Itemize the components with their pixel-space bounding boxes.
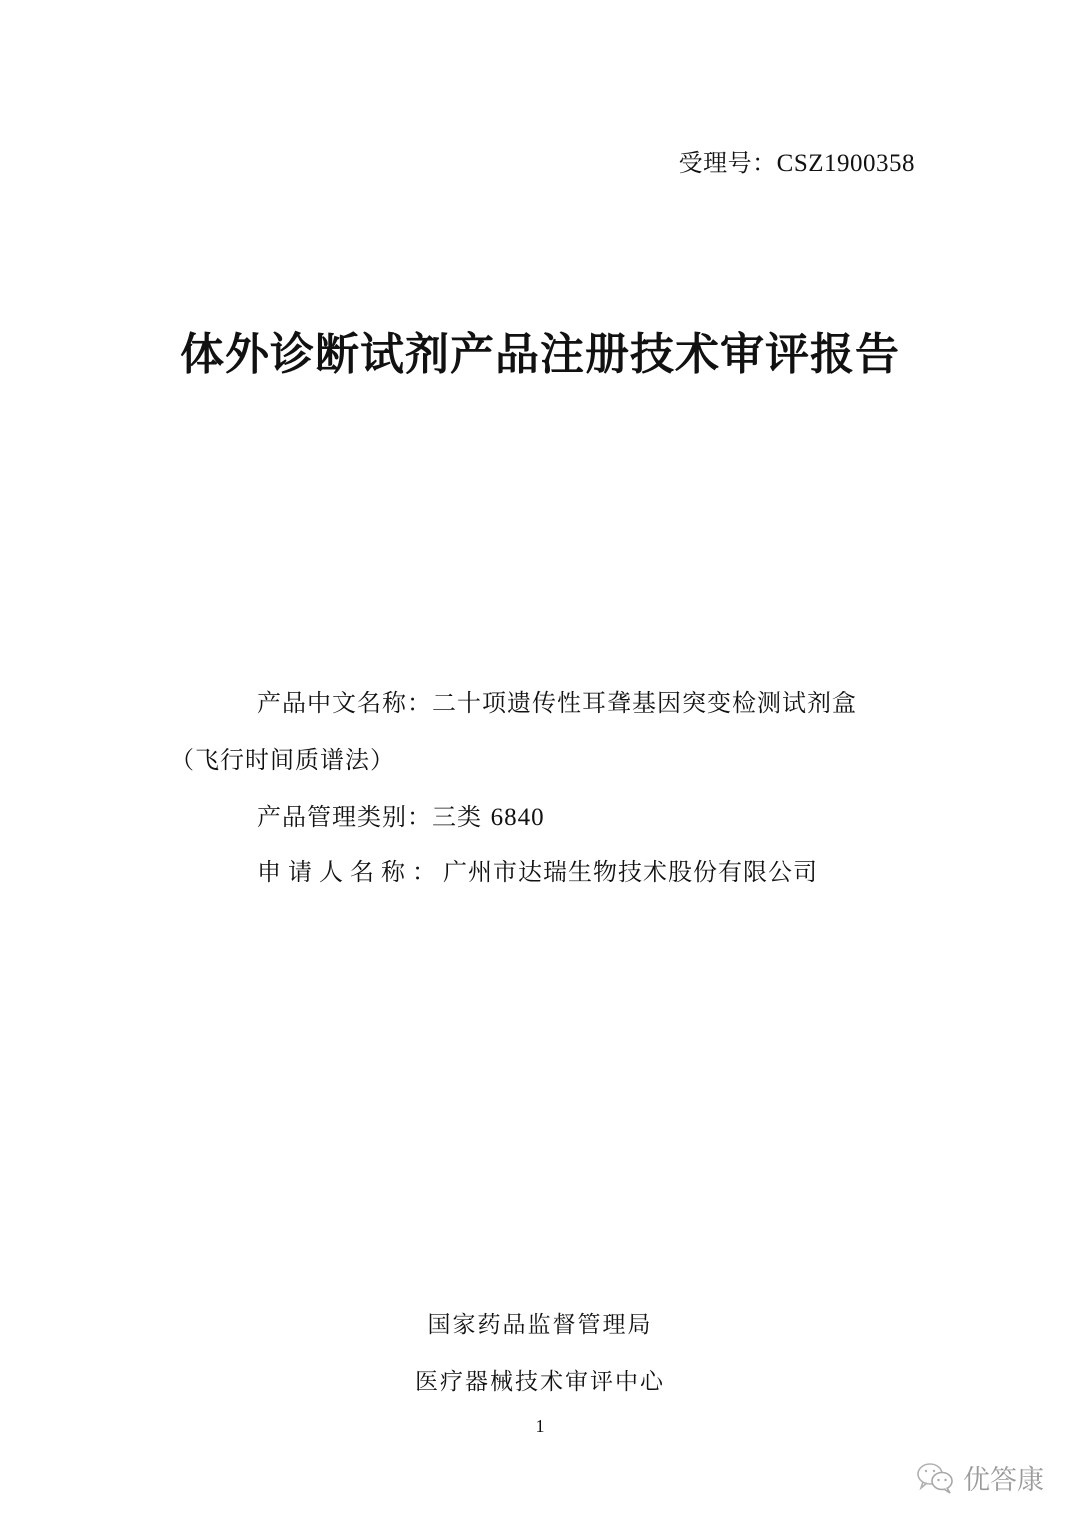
applicant-label: 申请人名称： [257, 858, 443, 886]
page-number: 1 [0, 1416, 1080, 1437]
document-title: 体外诊断试剂产品注册技术审评报告 [0, 318, 1080, 382]
acceptance-number: 受理号：CSZ1900358 [679, 143, 915, 178]
product-cn-name-value: 二十项遗传性耳聋基因突变检测试剂盒 [432, 689, 857, 717]
watermark: 优答康 [915, 1458, 1044, 1497]
acceptance-number-value: CSZ1900358 [777, 150, 915, 177]
management-category-label: 产品管理类别： [257, 803, 432, 831]
applicant-field: 申请人名称：广州市达瑞生物技术股份有限公司 [257, 852, 818, 887]
applicant-value: 广州市达瑞生物技术股份有限公司 [443, 858, 818, 886]
organization-line-1: 国家药品监督管理局 [0, 1306, 1080, 1339]
organization-line-2: 医疗器械技术审评中心 [0, 1363, 1080, 1396]
management-category-code: 6840 [491, 804, 545, 831]
product-cn-name-continuation: （飞行时间质谱法） [170, 740, 395, 775]
management-category-value: 三类 [432, 803, 491, 831]
watermark-text: 优答康 [963, 1458, 1044, 1497]
management-category-field: 产品管理类别：三类 6840 [257, 797, 545, 832]
product-cn-name-label: 产品中文名称： [257, 689, 432, 717]
product-cn-name-field: 产品中文名称：二十项遗传性耳聋基因突变检测试剂盒 [257, 683, 857, 718]
wechat-icon [915, 1461, 957, 1495]
acceptance-label: 受理号： [679, 149, 777, 177]
